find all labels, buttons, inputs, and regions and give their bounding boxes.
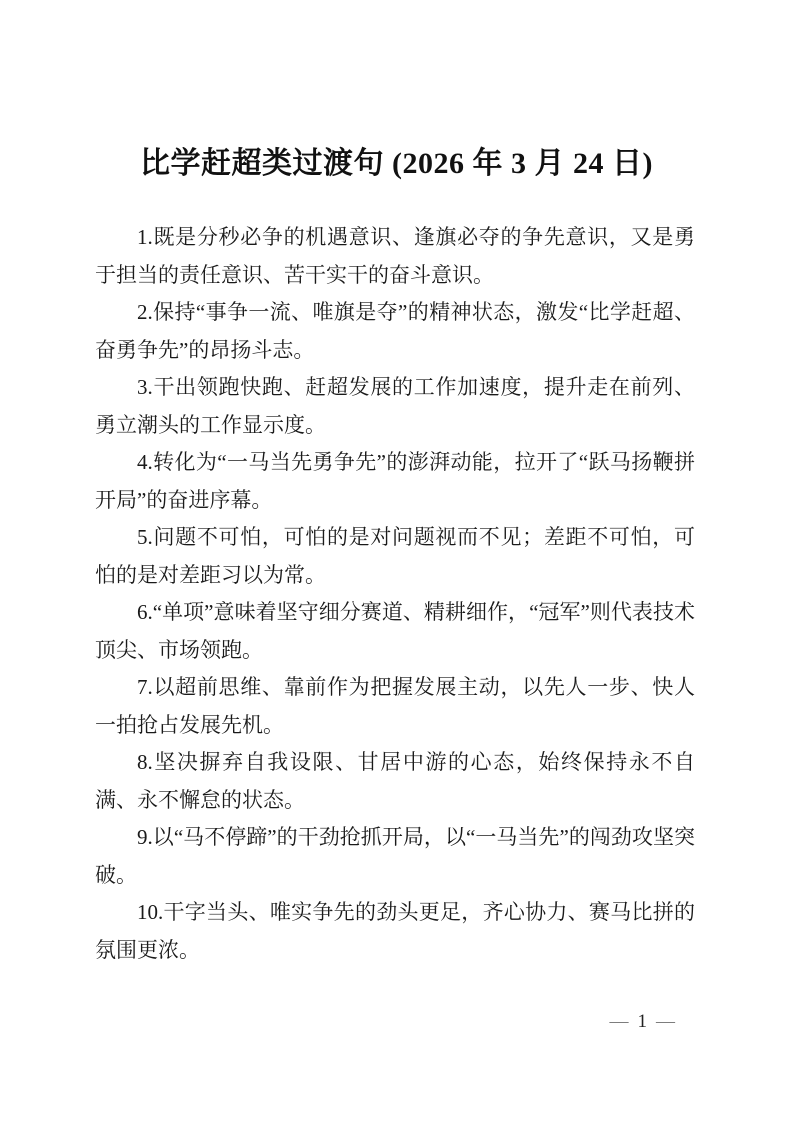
paragraph: 4.转化为“一马当先勇争先”的澎湃动能，拉开了“跃马扬鞭拼开局”的奋进序幕。	[95, 444, 695, 519]
paragraph-list: 1.既是分秒必争的机遇意识、逢旗必夺的争先意识，又是勇于担当的责任意识、苦干实干…	[95, 219, 695, 969]
paragraph: 9.以“马不停蹄”的干劲抢抓开局，以“一马当先”的闯劲攻坚突破。	[95, 819, 695, 894]
document-page: 比学赶超类过渡句 (2026 年 3 月 24 日) 1.既是分秒必争的机遇意识…	[0, 0, 793, 1122]
paragraph: 1.既是分秒必争的机遇意识、逢旗必夺的争先意识，又是勇于担当的责任意识、苦干实干…	[95, 219, 695, 294]
footer-dash-left: —	[610, 1011, 629, 1032]
page-title: 比学赶超类过渡句 (2026 年 3 月 24 日)	[0, 143, 793, 185]
footer-dash-right: —	[656, 1011, 675, 1032]
paragraph: 2.保持“事争一流、唯旗是夺”的精神状态，激发“比学赶超、奋勇争先”的昂扬斗志。	[95, 294, 695, 369]
paragraph: 3.干出领跑快跑、赶超发展的工作加速度，提升走在前列、勇立潮头的工作显示度。	[95, 369, 695, 444]
page-number: 1	[629, 1011, 657, 1032]
paragraph: 8.坚决摒弃自我设限、甘居中游的心态，始终保持永不自满、永不懈怠的状态。	[95, 744, 695, 819]
paragraph: 5.问题不可怕，可怕的是对问题视而不见；差距不可怕，可怕的是对差距习以为常。	[95, 519, 695, 594]
paragraph: 6.“单项”意味着坚守细分赛道、精耕细作，“冠军”则代表技术顶尖、市场领跑。	[95, 594, 695, 669]
paragraph: 7.以超前思维、靠前作为把握发展主动，以先人一步、快人一拍抢占发展先机。	[95, 669, 695, 744]
paragraph: 10.干字当头、唯实争先的劲头更足，齐心协力、赛马比拼的氛围更浓。	[95, 894, 695, 969]
page-footer: —1—	[610, 1011, 676, 1033]
